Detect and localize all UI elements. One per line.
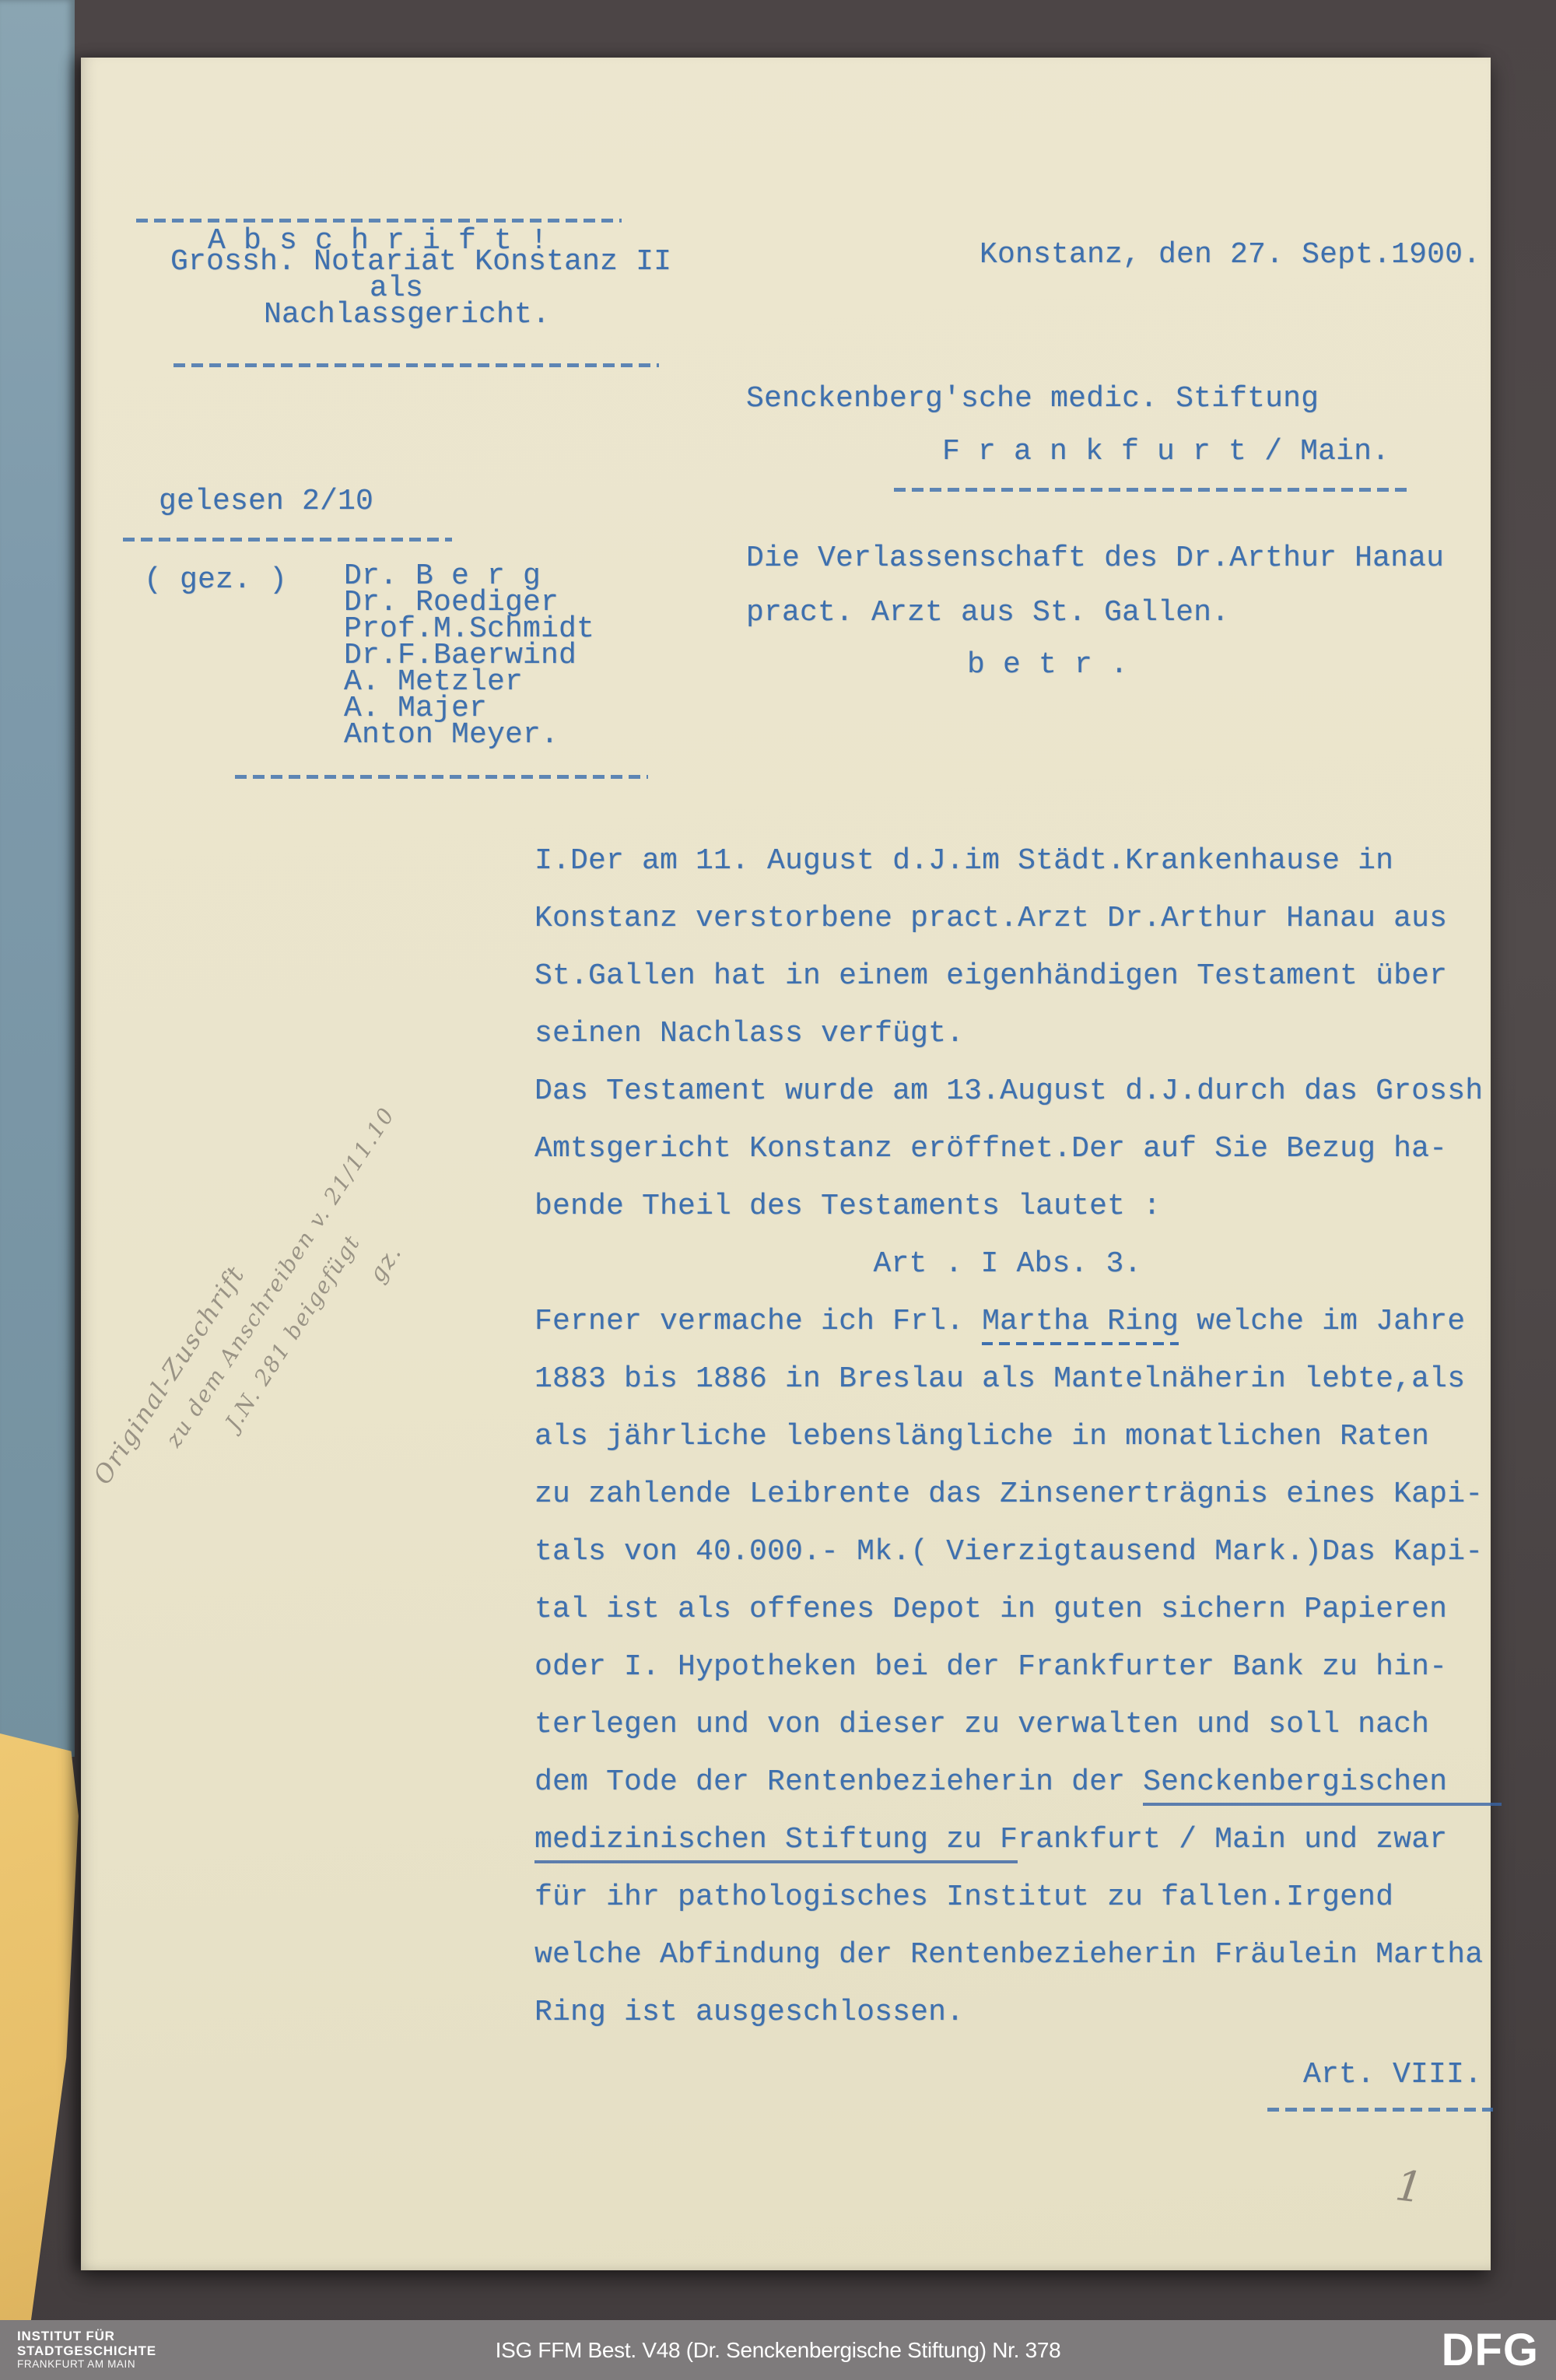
body-line: I.Der am 11. August d.J.im Städt.Kranken… [534,844,1393,880]
body-line: Konstanz verstorbene pract.Arzt Dr.Arthu… [534,902,1447,938]
pencil-annotation: Original-Zuschriftzu dem Anschreiben v. … [58,1079,494,1611]
body-line: tal ist als offenes Depot in guten siche… [534,1593,1447,1628]
body-line: St.Gallen hat in einem eigenhändigen Tes… [534,959,1447,995]
closing-article: Art. VIII. [1303,2058,1482,2092]
body-line: Das Testament wurde am 13.August d.J.dur… [534,1074,1483,1110]
body-line: Art . I Abs. 3. [534,1247,1481,1283]
pencil-page-mark: 1 [1393,2161,1425,2213]
body-line: für ihr pathologisches Institut zu falle… [534,1881,1393,1916]
body-line: 1883 bis 1886 in Breslau als Mantelnäher… [534,1362,1465,1398]
body-line: zu zahlende Leibrente das Zinsenerträgni… [534,1477,1483,1513]
body-line: dem Tode der Rentenbezieherin der Sencke… [534,1765,1502,1801]
subject-line-2: pract. Arzt aus St. Gallen. [746,596,1229,630]
underlined-text: Senckenbergischen [1143,1765,1502,1806]
signature-list: Dr. B e r gDr. RoedigerProf.M.SchmidtDr.… [344,563,594,748]
blue-backing-paper [0,0,75,1757]
body-line: Ferner vermache ich Frl. Martha Ring wel… [534,1305,1465,1341]
subject-betr: b e t r . [967,648,1128,682]
body-line: Amtsgericht Konstanz eröffnet.Der auf Si… [534,1132,1447,1168]
dashed-rule-signatures [235,775,648,779]
document-page: A b s c h r i f t ! Grossh. Notariat Kon… [81,58,1491,2270]
underlined-text: Martha Ring [982,1305,1179,1345]
dashed-rule-title [136,219,622,223]
body-line: oder I. Hypotheken bei der Frankfurter B… [534,1650,1447,1686]
body-line: seinen Nachlass verfügt. [534,1017,964,1053]
sender-line-3: Nachlassgericht. [264,302,550,328]
underlined-text: medizinischen Stiftung zu F [534,1823,1018,1863]
date-line: Konstanz, den 27. Sept.1900. [980,238,1481,272]
body-line: tals von 40.000.- Mk.( Vierzigtausend Ma… [534,1535,1483,1571]
yellow-backing-paper [0,1733,81,2322]
body-line: als jährliche lebenslängliche in monatli… [534,1420,1429,1456]
signature-line: Anton Meyer. [344,722,594,748]
scanned-archive-page: A b s c h r i f t ! Grossh. Notariat Kon… [0,0,1556,2380]
dashed-rule-sender [173,363,659,367]
dashed-rule-closing [1267,2108,1493,2112]
read-note: gelesen 2/10 [159,485,373,519]
dashed-rule-read-note [123,538,452,542]
dfg-logo: DFG [1442,2320,1539,2380]
subject-line-1: Die Verlassenschaft des Dr.Arthur Hanau [746,542,1444,576]
body-line: welche Abfindung der Rentenbezieherin Fr… [534,1938,1483,1974]
dashed-rule-recipient [894,488,1407,492]
archive-caption: ISG FFM Best. V48 (Dr. Senckenbergische … [0,2320,1556,2380]
body-line: medizinischen Stiftung zu Frankfurt / Ma… [534,1823,1447,1859]
footer-bar: INSTITUT FÜR STADTGESCHICHTE FRANKFURT A… [0,2320,1556,2380]
pencil-annotation-line: zu dem Anschreiben v. 21/11.10 [155,1101,405,1456]
body-line: Ring ist ausgeschlossen. [534,1996,964,2031]
signed-label: ( gez. ) [144,563,287,598]
body-line: bende Theil des Testaments lautet : [534,1190,1161,1225]
recipient-line-2: F r a n k f u r t / Main. [942,435,1390,469]
recipient-line-1: Senckenberg'sche medic. Stiftung [746,382,1319,416]
body-line: terlegen und von dieser zu verwalten und… [534,1708,1429,1744]
